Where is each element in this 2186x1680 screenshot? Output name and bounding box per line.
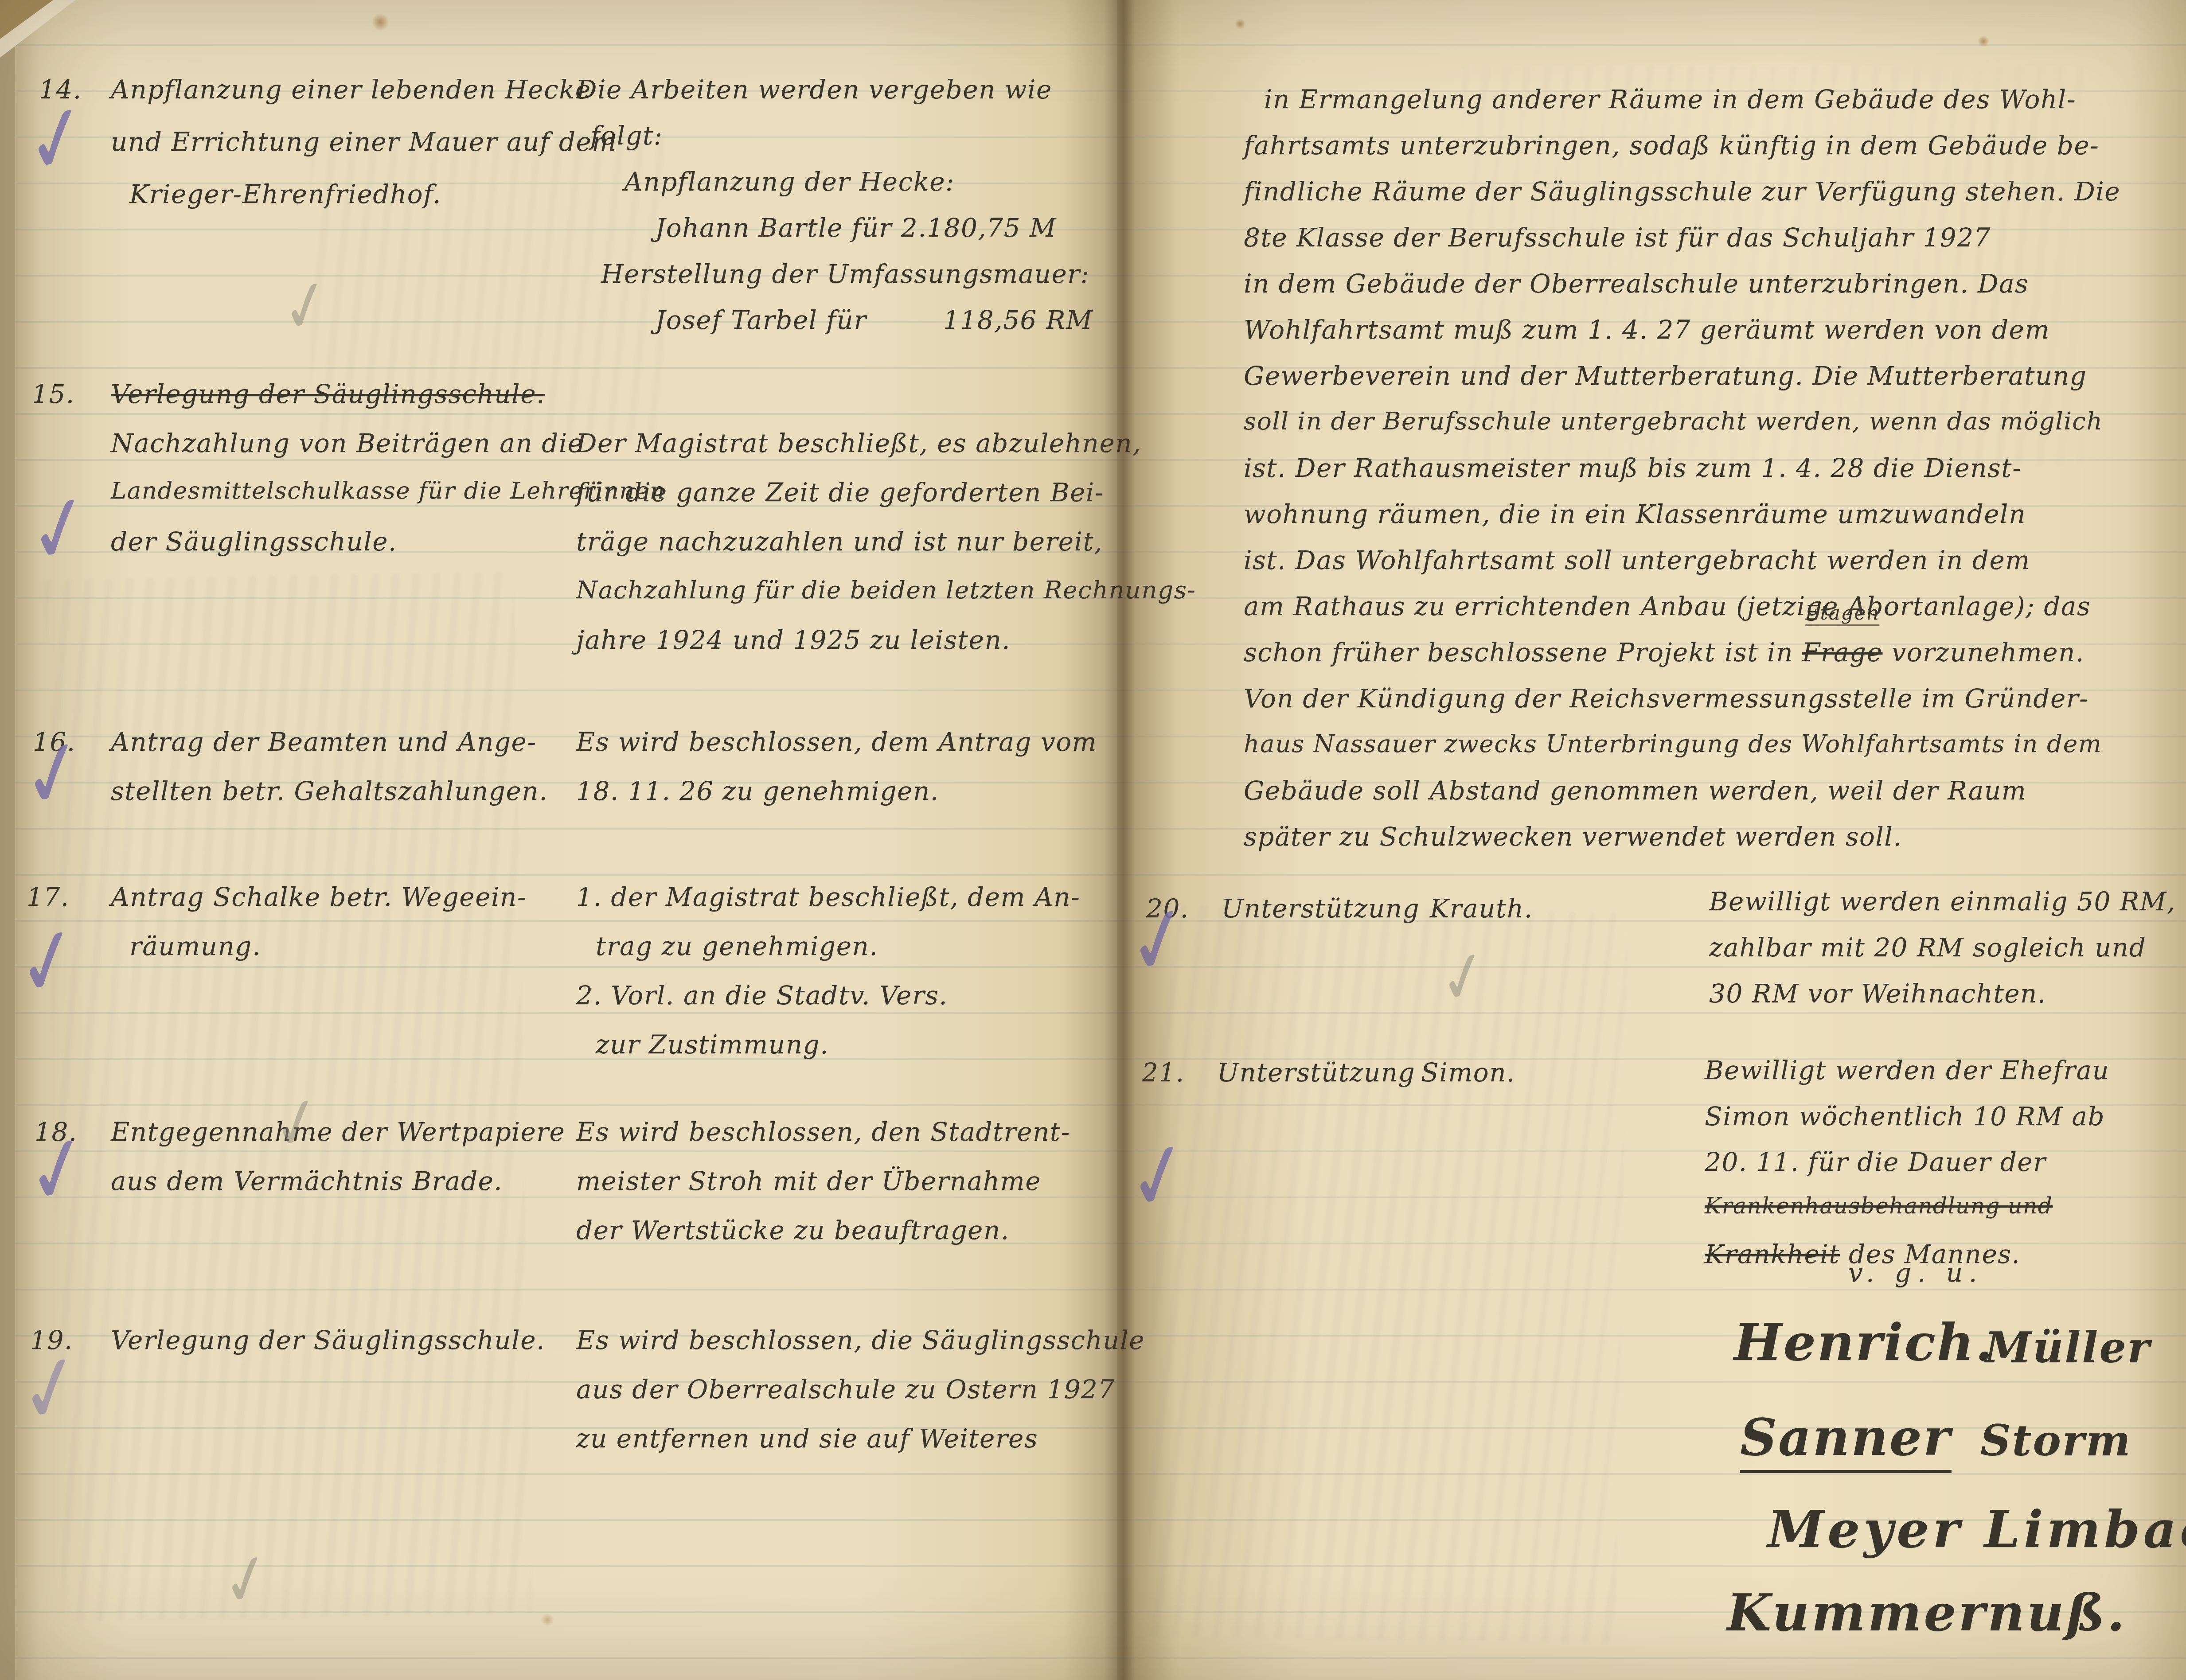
- manuscript-spread: 14. Anpflanzung einer lebenden Hecke und…: [0, 0, 2186, 1680]
- item-14-resolution-line: Josef Tarbel für: [655, 305, 867, 335]
- item-18-resolution-line: Es wird beschlossen, den Stadtrent-: [576, 1117, 1070, 1147]
- item-14-resolution-line: Anpflanzung der Hecke:: [624, 167, 955, 197]
- item-14-title-line: Krieger-Ehrenfriedhof.: [129, 179, 441, 209]
- continuation-line: soll in der Berufsschule untergebracht w…: [1244, 407, 2103, 435]
- item-17-resolution-line: 1. der Magistrat beschließt, dem An-: [576, 882, 1080, 912]
- closing-mark-vgu: v. g. u.: [1848, 1258, 1983, 1288]
- continuation-line: Gebäude soll Abstand genommen werden, we…: [1244, 776, 2026, 806]
- item-14-resolution-line: Johann Bartle für 2.180,75 M: [655, 213, 1057, 243]
- item-16-title-line: Antrag der Beamten und Ange-: [111, 727, 537, 757]
- continuation-line: später zu Schulzwecken verwendet werden …: [1244, 822, 1902, 852]
- inserted-word: Etagen: [1805, 602, 1880, 626]
- item-18-title-line: aus dem Vermächtnis Brade.: [111, 1166, 503, 1196]
- item-20-resolution-line: Bewilligt werden einmalig 50 RM,: [1709, 886, 2176, 916]
- item-19-resolution-line: aus der Oberrealschule zu Ostern 1927: [576, 1374, 1115, 1404]
- item-21-title: Unterstützung: [1217, 1057, 1415, 1088]
- item-15-title-line: Nachzahlung von Beiträgen an die: [111, 428, 584, 458]
- item-15-resolution-line: Nachzahlung für die beiden letzten Rechn…: [576, 576, 1196, 604]
- item-14-resolution-line: Die Arbeiten werden vergeben wie: [576, 74, 1052, 105]
- continuation-line: ist. Das Wohlfahrtsamt soll untergebrach…: [1244, 545, 2030, 575]
- item-14-resolution-line: folgt:: [590, 121, 663, 151]
- continuation-line: wohnung räumen, die in ein Klassenräume …: [1244, 499, 2026, 529]
- item-14-title-line: Anpflanzung einer lebenden Hecke: [111, 74, 591, 105]
- item-21-resolution-line: 20. 11. für die Dauer der: [1705, 1147, 2046, 1177]
- signature: Sanner: [1740, 1407, 1952, 1467]
- item-16-resolution-line: Es wird beschlossen, dem Antrag vom: [576, 727, 1097, 757]
- continuation-line: findliche Räume der Säuglingsschule zur …: [1244, 176, 2120, 207]
- continuation-line: in Ermangelung anderer Räume in dem Gebä…: [1264, 84, 2076, 114]
- continuation-line: Wohlfahrtsamt muß zum 1. 4. 27 geräumt w…: [1244, 315, 2050, 345]
- item-20-resolution-line: 30 RM vor Weihnachten.: [1709, 978, 2046, 1009]
- item-15-resolution-line: für die ganze Zeit die geforderten Bei-: [576, 477, 1104, 507]
- continuation-line: am Rathaus zu errichtenden Anbau (jetzig…: [1244, 591, 2091, 621]
- item-15-resolution-line: träge nachzuzahlen und ist nur bereit,: [576, 526, 1103, 557]
- signature: Kummernuß.: [1727, 1583, 2127, 1643]
- item-15-resolution-line: jahre 1924 und 1925 zu leisten.: [576, 625, 1011, 655]
- continuation-line-part: vorzunehmen.: [1891, 637, 2084, 667]
- item-21-name: Simon.: [1421, 1057, 1515, 1088]
- item-14-resolution-line: Herstellung der Umfassungsmauer:: [601, 259, 1090, 289]
- item-20-title: Unterstützung: [1222, 893, 1420, 924]
- continuation-line: in dem Gebäude der Oberrealschule unterz…: [1244, 269, 2029, 299]
- continuation-line: Gewerbeverein und der Mutterberatung. Di…: [1244, 361, 2087, 391]
- item-17-title-line: Antrag Schalke betr. Wegeein-: [111, 882, 527, 912]
- item-16-title-line: stellten betr. Gehaltszahlungen.: [111, 776, 548, 806]
- item-17-resolution-line: 2. Vorl. an die Stadtv. Vers.: [576, 980, 948, 1010]
- item-14-resolution-amount: 118,56 RM: [943, 305, 1093, 335]
- continuation-line: fahrtsamts unterzubringen, sodaß künftig…: [1244, 130, 2099, 160]
- signature: Müller: [1985, 1323, 2151, 1372]
- continuation-line-part: schon früher beschlossene Projekt ist in: [1244, 637, 1793, 667]
- item-19-resolution-line: Es wird beschlossen, die Säuglingsschule: [576, 1325, 1145, 1355]
- item-15-number: 15.: [32, 379, 75, 409]
- item-18-title-line: Entgegennahme der Wertpapiere: [111, 1117, 565, 1147]
- item-21-number: 21.: [1142, 1057, 1185, 1088]
- item-21-resolution-line: Simon wöchentlich 10 RM ab: [1705, 1101, 2105, 1131]
- item-16-resolution-line: 18. 11. 26 zu genehmigen.: [576, 776, 939, 806]
- signature: Henrich.: [1734, 1313, 1994, 1372]
- item-18-resolution-line: der Wertstücke zu beauftragen.: [576, 1215, 1010, 1245]
- item-17-resolution-line: zur Zustimmung.: [596, 1029, 829, 1060]
- struck-word: Frage: [1802, 637, 1883, 667]
- item-17-title-line: räumung.: [129, 931, 261, 961]
- struck-word: Krankheit: [1705, 1239, 1840, 1269]
- item-20-resolution-line: zahlbar mit 20 RM sogleich und: [1709, 932, 2146, 963]
- continuation-line: haus Nassauer zwecks Unterbringung des W…: [1244, 729, 2102, 758]
- item-14-title-line: und Errichtung einer Mauer auf dem: [111, 127, 617, 157]
- interlinear-insertion: Etagen Frage: [1802, 637, 1883, 667]
- item-21-resolution-line: Bewilligt werden der Ehefrau: [1705, 1055, 2109, 1085]
- item-19-resolution-line: zu entfernen und sie auf Weiteres: [576, 1423, 1038, 1454]
- continuation-line: ist. Der Rathausmeister muß bis zum 1. 4…: [1244, 453, 2022, 483]
- item-19-title-line: Verlegung der Säuglingsschule.: [111, 1325, 545, 1355]
- item-15-struck-title: Verlegung der Säuglingsschule.: [111, 379, 545, 409]
- item-17-resolution-line: trag zu genehmigen.: [596, 931, 878, 961]
- signature-underlined: Sanner: [1740, 1407, 1952, 1473]
- signature: Meyer Limbach: [1768, 1500, 2186, 1559]
- continuation-line-with-insertion: schon früher beschlossene Projekt ist in…: [1244, 637, 2085, 667]
- item-15-title-line: der Säuglingsschule.: [111, 526, 397, 557]
- continuation-line: Von der Kündigung der Reichsvermessungss…: [1244, 683, 2088, 713]
- continuation-line: 8te Klasse der Berufsschule ist für das …: [1244, 222, 1991, 253]
- signature: Storm: [1980, 1416, 2131, 1466]
- item-18-resolution-line: meister Stroh mit der Übernahme: [576, 1166, 1041, 1196]
- item-21-struck-line: Krankenhausbehandlung und: [1705, 1193, 2053, 1219]
- item-15-resolution-line: Der Magistrat beschließt, es abzulehnen,: [576, 428, 1141, 458]
- item-20-name: Krauth.: [1430, 893, 1533, 924]
